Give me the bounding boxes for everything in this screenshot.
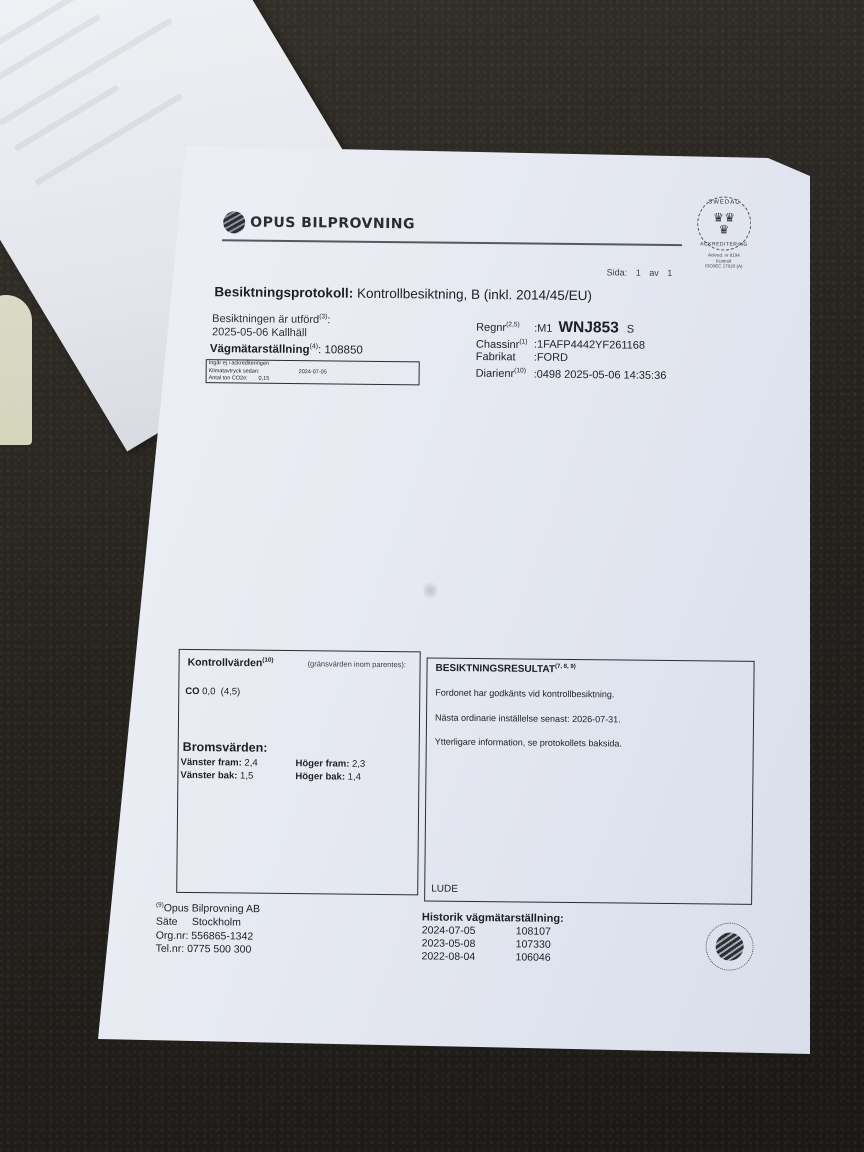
right-rear-value: 1,4 — [348, 772, 361, 783]
co-limit: (4,5) — [221, 686, 241, 697]
left-rear-label: Vänster bak: — [180, 770, 237, 782]
company-info: (9)Opus Bilprovning AB SäteStockholm Org… — [156, 899, 261, 958]
opus-globe-icon — [223, 211, 245, 233]
header-divider — [222, 239, 682, 246]
accreditation-standard: ISO/IEC 17020 (A) — [693, 263, 755, 269]
phone-number: Tel.nr: 0775 500 300 — [156, 943, 260, 958]
brand-name: OPUS BILPROVNING — [250, 215, 415, 233]
history-value: 106046 — [515, 951, 550, 964]
right-front-value: 2,3 — [352, 759, 365, 770]
seat-label: Säte — [156, 916, 192, 930]
page-of-label: av — [649, 268, 659, 278]
page-label: Sida: — [607, 267, 628, 277]
diarienr-ref: (10) — [514, 368, 526, 375]
result-next-inspection: Nästa ordinarie inställelse senast: 2026… — [435, 711, 622, 725]
manufacturer: :FORD — [534, 352, 568, 365]
history-value: 108107 — [516, 925, 551, 938]
chassinr-row: Chassinr(1) :1FAFP4442YF261168 — [476, 335, 667, 354]
inspection-result-box: BESIKTNINGSRESULTAT(7, 8, 9) Fordonet ha… — [424, 657, 755, 904]
org-number: Org.nr: 556865-1342 — [156, 929, 260, 944]
history-date: 2023-05-08 — [422, 937, 516, 951]
history-date: 2024-07-05 — [422, 924, 516, 938]
seat-value: Stockholm — [192, 916, 241, 930]
regnr-label: Regnr — [476, 322, 506, 334]
brake-values-title: Bromsvärden: — [183, 740, 268, 755]
paper-stain — [423, 579, 437, 601]
accreditation-details: Ackred. nr 8194 Kontroll ISO/IEC 17020 (… — [693, 252, 755, 269]
control-values-title-text: Kontrollvärden — [188, 656, 263, 669]
result-ref: (7, 8, 9) — [555, 664, 576, 670]
diarienr-label: Diarienr — [476, 368, 515, 380]
performed-label: Besiktningen är utförd — [212, 313, 319, 326]
page-total: 1 — [667, 268, 672, 278]
right-front-label: Höger fram: — [295, 758, 349, 770]
limits-hint: (gränsvärden inom parentes): — [308, 659, 406, 669]
chassinr-label: Chassinr — [476, 338, 520, 350]
history-value: 107330 — [516, 938, 551, 951]
regnr-row: Regnr(2,5) :M1 WNJ853 S — [476, 318, 667, 337]
protocol-title-value: Kontrollbesiktning, B (inkl. 2014/45/EU) — [357, 286, 592, 303]
swedac-accreditation-seal: SWEDAC ♛♛♛ ACKREDITERING Ackred. nr 8194… — [693, 196, 756, 269]
sticky-note — [0, 295, 32, 445]
odometer-value: 108850 — [324, 344, 362, 356]
performed-colon: : — [327, 314, 330, 326]
registration-number: WNJ853 — [558, 320, 618, 334]
chassis-number: :1FAFP4442YF261168 — [534, 339, 645, 353]
right-rear-label: Höger bak: — [295, 771, 345, 783]
diary-number: :0498 2025-05-06 14:35:36 — [534, 369, 667, 383]
brand-logo: OPUS BILPROVNING — [223, 211, 415, 235]
left-front-value: 2,4 — [244, 758, 257, 769]
result-more-info: Ytterligare information, se protokollets… — [435, 736, 622, 750]
fabrikat-label: Fabrikat — [476, 351, 534, 365]
co-value: CO 0,0 (4,5) — [185, 686, 240, 698]
left-front-label: Vänster fram: — [180, 757, 241, 769]
left-rear-value: 1,5 — [240, 771, 253, 782]
history-row: 2022-08-04 106046 — [421, 950, 563, 964]
swedac-ring-top-text: SWEDAC — [698, 199, 750, 206]
three-crowns-icon: ♛♛♛ — [713, 211, 736, 235]
co2e-label: Antal ton CO2e: — [209, 375, 259, 383]
control-values-ref: (10) — [262, 657, 273, 664]
vehicle-class: :M1 — [534, 322, 552, 335]
page-current: 1 — [636, 268, 641, 278]
page-indicator: Sida: 1 av 1 — [607, 267, 679, 278]
climate-since-value: 2024-07-05 — [299, 369, 327, 377]
swedac-ring: SWEDAC ♛♛♛ ACKREDITERING — [697, 196, 752, 251]
diarienr-row: Diarienr(10) :0498 2025-05-06 14:35:36 — [476, 364, 667, 383]
faded-text-line — [0, 0, 120, 66]
performed-value: 2025-05-06 Kallhäll — [212, 326, 330, 340]
vehicle-info: Regnr(2,5) :M1 WNJ853 S Chassinr(1) :1FA… — [476, 318, 667, 383]
brake-row-rear: Vänster bak: 1,5 Höger bak: 1,4 — [180, 769, 410, 784]
result-title-text: BESIKTNINGSRESULTAT — [435, 663, 555, 675]
faded-text-line — [0, 14, 101, 91]
odometer-label: Vägmätarställning — [210, 343, 310, 356]
history-date: 2022-08-04 — [421, 950, 515, 964]
company-name: Opus Bilprovning AB — [164, 902, 260, 915]
regnr-suffix: S — [627, 323, 634, 336]
inspector-signature: LUDE — [431, 884, 458, 895]
performed-ref: (3) — [319, 313, 327, 320]
brake-values: Vänster fram: 2,4 Höger fram: 2,3 Vänste… — [180, 756, 410, 784]
climate-row: Antal ton CO2e: 0,15 — [209, 375, 417, 385]
odometer-ref: (4) — [310, 343, 318, 350]
co-label: CO — [185, 686, 199, 697]
striped-globe-icon — [716, 933, 744, 961]
regnr-ref: (2,5) — [506, 321, 520, 328]
result-title: BESIKTNINGSRESULTAT(7, 8, 9) — [435, 663, 575, 676]
protocol-title: Besiktningsprotokoll: Kontrollbesiktning… — [214, 284, 592, 303]
co-measured: 0,0 — [202, 686, 215, 697]
control-values-box: Kontrollvärden(10) (gränsvärden inom par… — [176, 649, 421, 896]
climate-compensation-logo — [705, 922, 754, 971]
swedac-ring-bottom-text: ACKREDITERING — [698, 241, 750, 248]
co2e-value: 0,15 — [259, 376, 270, 384]
result-approved: Fordonet har godkänts vid kontrollbesikt… — [435, 687, 622, 701]
inspection-performed: Besiktningen är utförd(3): 2025-05-06 Ka… — [212, 309, 330, 340]
odometer-colon: : — [318, 344, 321, 356]
result-lines: Fordonet har godkänts vid kontrollbesikt… — [435, 687, 623, 762]
protocol-title-label: Besiktningsprotokoll: — [214, 284, 353, 300]
chassinr-ref: (1) — [519, 338, 527, 345]
climate-footprint-box: Ingår ej i ackrediteringen Klimatavtryck… — [206, 359, 420, 385]
document-content: OPUS BILPROVNING SWEDAC ♛♛♛ ACKREDITERIN… — [88, 146, 809, 1061]
odometer-reading: Vägmätarställning(4): 108850 — [210, 342, 363, 356]
control-values-title: Kontrollvärden(10) — [188, 656, 274, 669]
odometer-history: Historik vägmätarställning: 2024-07-05 1… — [421, 911, 563, 964]
company-ref: (9) — [156, 902, 164, 909]
